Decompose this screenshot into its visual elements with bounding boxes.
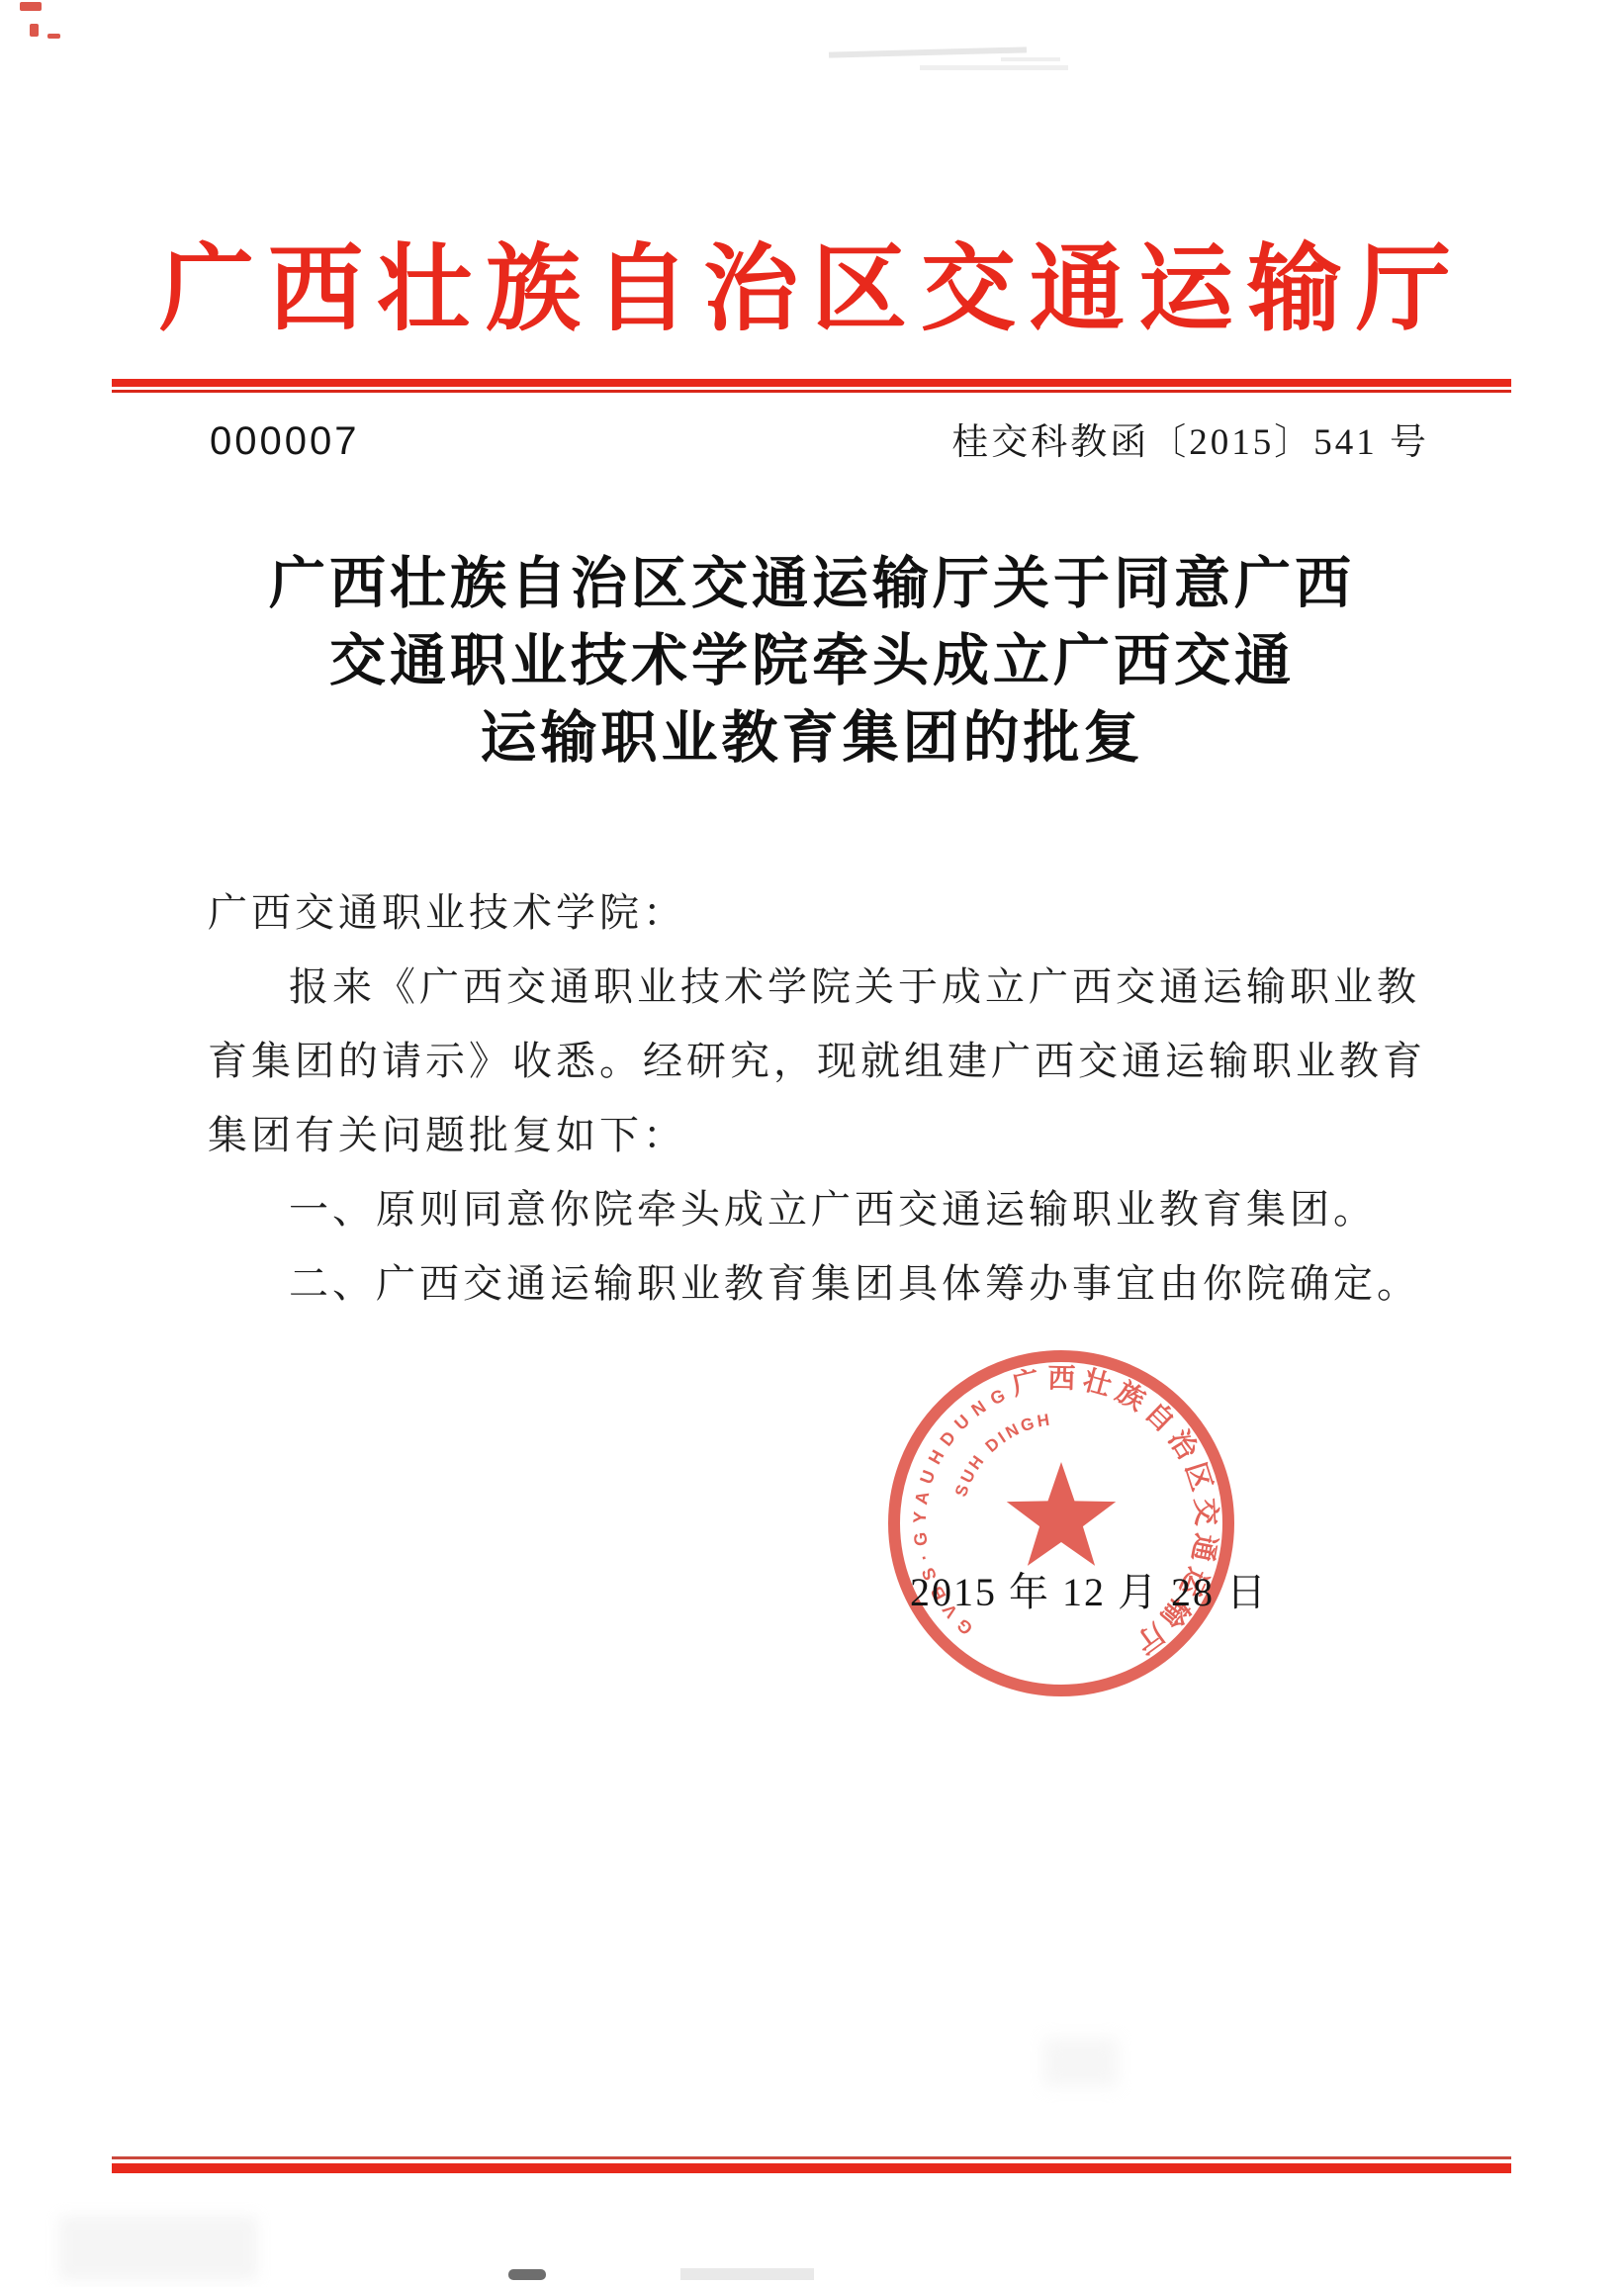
scan-smudge (1043, 2038, 1118, 2087)
scan-smudge (920, 65, 1068, 70)
footer-rule-thick (112, 2163, 1511, 2173)
recipient-line: 广西交通职业技术学院： (208, 875, 1424, 950)
body-line: 育集团的请示》收悉。经研究，现就组建广西交通运输职业教育 (208, 1024, 1424, 1098)
approval-item-1: 一、原则同意你院牵头成立广西交通运输职业教育集团。 (208, 1172, 1424, 1246)
agency-letterhead: 广西壮族自治区交通运输厅 (0, 235, 1624, 344)
official-seal: 广西壮族自治区交通运输厅 GVBS·GYAUHDUNGH SUH DINGH (868, 1324, 1264, 1719)
scan-smudge (508, 2269, 546, 2280)
issue-date: 2015 年 12 月 28 日 (910, 1561, 1268, 1617)
approval-item-2: 二、广西交通运输职业教育集团具体筹办事宜由你院确定。 (208, 1246, 1424, 1321)
footer-rule-thin (112, 2156, 1511, 2159)
scan-speck (20, 2, 42, 11)
header-rule-thick (112, 379, 1511, 387)
scan-smudge (680, 2268, 814, 2280)
scan-smudge (829, 46, 1027, 57)
document-title: 广西壮族自治区交通运输厅关于同意广西 交通职业技术学院牵头成立广西交通 运输职业… (0, 546, 1624, 778)
document-title-line-3: 运输职业教育集团的批复 (0, 700, 1624, 778)
scan-speck (30, 24, 39, 37)
seal-star-icon (1007, 1462, 1116, 1566)
header-rule-thin (112, 390, 1511, 393)
letter-body: 广西交通职业技术学院： 报来《广西交通职业技术学院关于成立广西交通运输职业教 育… (208, 875, 1424, 1321)
page-serial-number: 000007 (210, 419, 359, 464)
scan-smudge (59, 2216, 257, 2280)
body-line: 报来《广西交通职业技术学院关于成立广西交通运输职业教 (208, 950, 1424, 1024)
body-line: 集团有关问题批复如下： (208, 1098, 1424, 1172)
scan-smudge (1001, 57, 1060, 61)
scan-speck (47, 34, 60, 39)
document-title-line-1: 广西壮族自治区交通运输厅关于同意广西 (0, 546, 1624, 623)
document-title-line-2: 交通职业技术学院牵头成立广西交通 (0, 623, 1624, 700)
document-reference-number: 桂交科教函〔2015〕541 号 (951, 412, 1429, 465)
official-letter-page: 广西壮族自治区交通运输厅 000007 桂交科教函〔2015〕541 号 广西壮… (0, 0, 1624, 2287)
